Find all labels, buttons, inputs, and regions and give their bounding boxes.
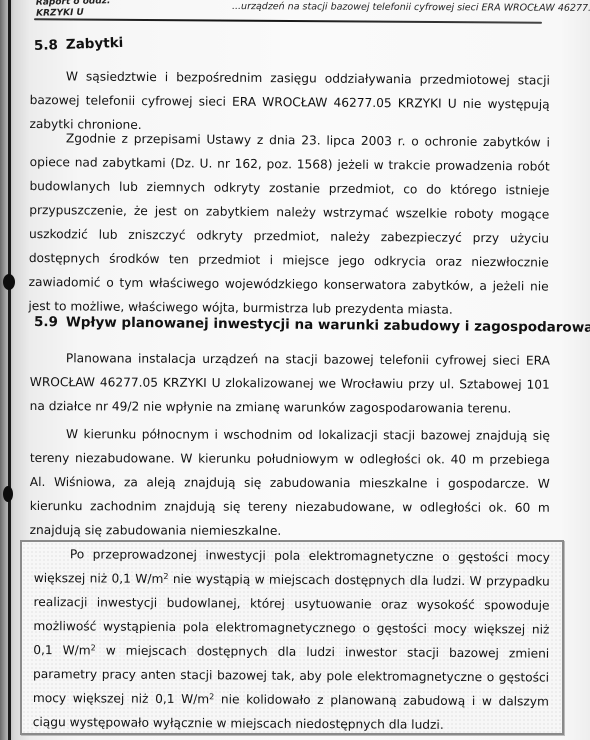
highlighted-conclusion-box: Po przeprowadzonej inwestycji pola elekt…	[20, 540, 564, 735]
section-number: 5.9	[34, 314, 58, 330]
running-header-left: Raport o oddz. KRZYKI U	[36, 0, 111, 20]
binder-hole	[3, 486, 13, 502]
section-number: 5.8	[34, 37, 58, 54]
running-header-right: ...urządzeń na stacji bazowej telefonii …	[232, 1, 590, 14]
paragraph-planned-installation: Planowana instalacja urządzeń na stacji …	[30, 346, 550, 421]
paragraph-em-field-conclusion: Po przeprowadzonej inwestycji pola elekt…	[33, 542, 550, 738]
paragraph-surroundings: W kierunku północnym i wschodnim od loka…	[30, 422, 550, 544]
paragraph-monuments-law: Zgodnie z przepisami Ustawy z dnia 23. l…	[28, 126, 550, 323]
section-title: Zabytki	[66, 35, 124, 53]
binder-edge	[8, 0, 11, 740]
section-heading-5-8: 5.8Zabytki	[34, 35, 124, 54]
binder-hole	[3, 274, 15, 290]
